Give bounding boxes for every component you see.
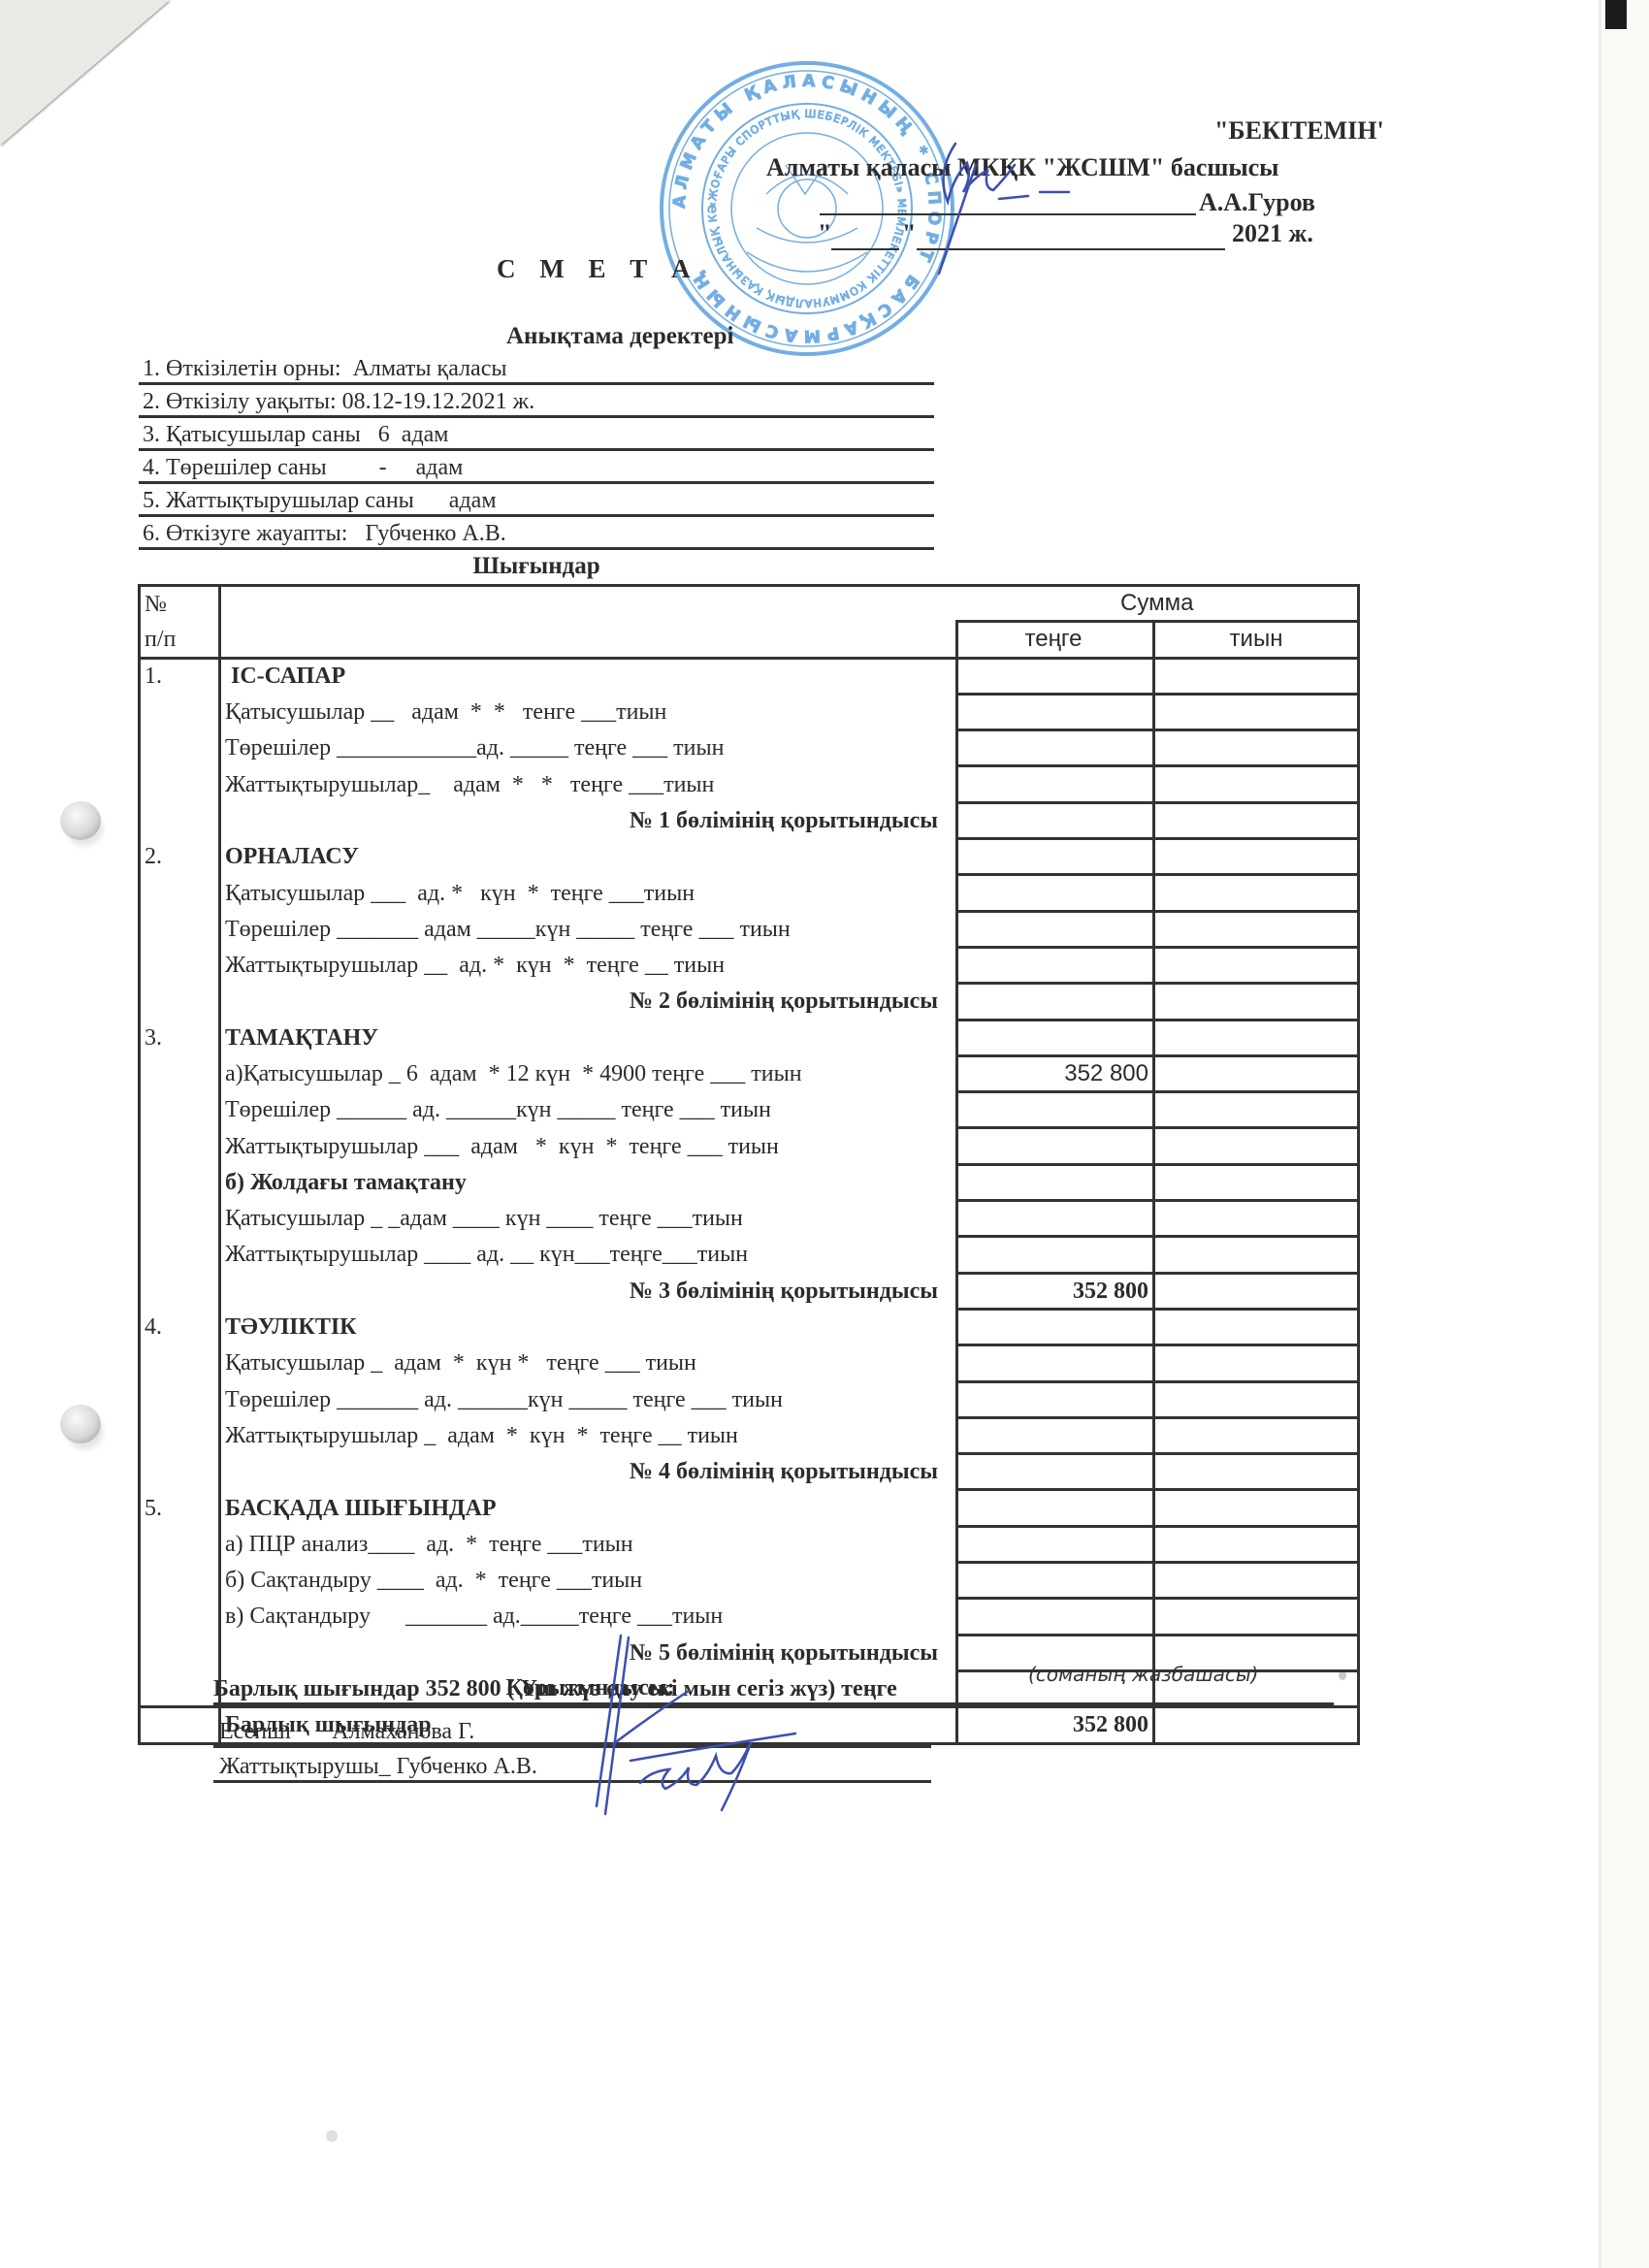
row-description: Қатысушылар __ адам * * тенге ___тиын [220, 694, 957, 729]
amount-tenge [957, 1128, 1154, 1164]
col-desc-subheader [220, 622, 957, 658]
section-title: ТАМАҚТАНУ [220, 1020, 957, 1055]
amount-tenge [957, 802, 1154, 838]
approval-title: "БЕКІТЕМІН' [1214, 116, 1384, 146]
reference-item: 4. Төрешілер саны - адам [139, 451, 934, 484]
row-number: 5. [140, 1490, 220, 1526]
page-corner-fold [0, 0, 170, 146]
svg-text:АЛМАТЫ ҚАЛАСЫНЫҢ * СПОРТ БАСҚА: АЛМАТЫ ҚАЛАСЫНЫҢ * СПОРТ БАСҚАРМАСЫНЫҢ [670, 72, 945, 345]
reference-item: 3. Қатысушылар саны 6 адам [139, 418, 934, 451]
amount-tiyn [1154, 1526, 1359, 1562]
amount-tiyn [1154, 730, 1359, 766]
section-subtotal-label: № 3 бөлімінің қорытындысы [220, 1273, 957, 1309]
row-description: Жаттықтырушылар ___ адам * күн * теңге _… [220, 1128, 957, 1164]
amount-tenge [957, 658, 1154, 694]
row-description: Жаттықтырушылар_ адам * * теңге ___тиын [220, 766, 957, 802]
table-row: Жаттықтырушылар __ ад. * күн * теңге __ … [140, 947, 1359, 983]
amount-tenge [957, 1201, 1154, 1237]
amount-tenge [957, 1309, 1154, 1345]
row-number [140, 1417, 220, 1453]
section-title: БАСҚАДА ШЫҒЫНДАР [220, 1490, 957, 1526]
scan-speck [326, 2130, 338, 2142]
section-title: ІС-САПАР [220, 658, 957, 694]
amount-tenge [957, 1020, 1154, 1055]
coach-signature-line: Жаттықтырушы_ Губченко А.В. [213, 1750, 931, 1783]
amount-tiyn [1154, 1092, 1359, 1128]
row-number [140, 1128, 220, 1164]
reference-item: 1. Өткізілетін орны: Алматы қаласы [139, 352, 934, 385]
row-number [140, 1055, 220, 1091]
approver-signature-line [820, 213, 1196, 215]
row-number [140, 1563, 220, 1599]
amount-tiyn [1154, 1020, 1359, 1055]
amount-tiyn [1154, 1273, 1359, 1309]
section-title: ОРНАЛАСУ [220, 839, 957, 875]
amount-tenge [957, 839, 1154, 875]
amount-tiyn [1154, 1563, 1359, 1599]
punch-hole [60, 801, 101, 840]
table-subheader-row: п/п теңге тиын [140, 622, 1359, 658]
row-number [140, 1092, 220, 1128]
table-row: Қатысушылар ___ ад. * күн * теңге ___тиы… [140, 875, 1359, 911]
row-number [140, 1599, 220, 1635]
table-row: Қатысушылар __ адам * * тенге ___тиын [140, 694, 1359, 729]
row-number [140, 1237, 220, 1273]
row-number: 3. [140, 1020, 220, 1055]
row-description: Төрешілер _______ адам _____күн _____ те… [220, 911, 957, 947]
row-number: 2. [140, 839, 220, 875]
amount-tenge [957, 875, 1154, 911]
expenses-table: № Сумма п/п теңге тиын 1. ІС-САПАРҚатысу… [138, 584, 1360, 1745]
table-row: Төрешілер _______ адам _____күн _____ те… [140, 911, 1359, 947]
reference-item: 5. Жаттықтырушылар саны адам [139, 484, 934, 517]
amount-tenge [957, 1417, 1154, 1453]
section-title: б) Жолдағы тамақтану [220, 1164, 957, 1200]
table-row: № 2 бөлімінің қорытындысы [140, 984, 1359, 1020]
row-number [140, 1526, 220, 1562]
amount-tiyn [1154, 875, 1359, 911]
amount-tiyn [1154, 984, 1359, 1020]
amount-tenge [957, 984, 1154, 1020]
amount-tiyn [1154, 1381, 1359, 1417]
row-description: а)Қатысушылар _ 6 адам * 12 күн * 4900 т… [220, 1055, 957, 1091]
table-row: Жаттықтырушылар_ адам * * теңге ___тиын [140, 766, 1359, 802]
amount-tiyn [1154, 1055, 1359, 1091]
amount-tenge [957, 1526, 1154, 1562]
section-title: ТӘУЛІКТІК [220, 1309, 957, 1345]
table-row: 5.БАСҚАДА ШЫҒЫНДАР [140, 1490, 1359, 1526]
col-desc-header [220, 586, 957, 622]
amount-tiyn [1154, 1454, 1359, 1490]
row-number [140, 1164, 220, 1200]
section-subtotal-label: № 4 бөлімінің қорытындысы [220, 1454, 957, 1490]
date-quote-open: " [818, 219, 831, 248]
row-description: Төрешілер ____________ад. _____ теңге __… [220, 730, 957, 766]
accountant-signature-line: Есепші Алмаханова Г. [213, 1715, 931, 1748]
amount-tenge [957, 1381, 1154, 1417]
table-header-row: № Сумма [140, 586, 1359, 622]
amount-tiyn [1154, 802, 1359, 838]
row-number: 1. [140, 658, 220, 694]
row-number [140, 766, 220, 802]
date-quote-close: " [902, 219, 916, 248]
row-number [140, 1273, 220, 1309]
row-description: Жаттықтырушылар _ адам * күн * теңге __ … [220, 1417, 957, 1453]
amount-tenge [957, 730, 1154, 766]
table-row: 4.ТӘУЛІКТІК [140, 1309, 1359, 1345]
table-row: б) Сақтандыру ____ ад. * теңге ___тиын [140, 1563, 1359, 1599]
amount-tiyn [1154, 1201, 1359, 1237]
row-number: 4. [140, 1309, 220, 1345]
amount-tiyn [1154, 658, 1359, 694]
amount-tiyn [1154, 1309, 1359, 1345]
row-number [140, 984, 220, 1020]
amount-tenge [957, 947, 1154, 983]
col-sum-header: Сумма [957, 586, 1359, 622]
amount-tiyn [1154, 839, 1359, 875]
amount-tenge [957, 1345, 1154, 1381]
row-number [140, 1201, 220, 1237]
expenses-heading: Шығындар [139, 553, 934, 580]
scan-margin [1601, 0, 1649, 2268]
amount-tiyn [1154, 1490, 1359, 1526]
amount-tiyn [1154, 694, 1359, 729]
total-in-words: Барлық шығындар 352 800 ( Үш жүз елу екі… [213, 1672, 1334, 1705]
table-row: 2.ОРНАЛАСУ [140, 839, 1359, 875]
reference-item: 2. Өткізілу уақыты: 08.12-19.12.2021 ж. [139, 385, 934, 418]
amount-tenge [957, 1454, 1154, 1490]
approval-year: 2021 ж. [1232, 219, 1313, 248]
row-number [140, 875, 220, 911]
table-row: Жаттықтырушылар _ адам * күн * теңге __ … [140, 1417, 1359, 1453]
row-description: Қатысушылар _ _адам ____ күн ____ теңге … [220, 1201, 957, 1237]
row-description: Жаттықтырушылар ____ ад. __ күн___теңге_… [220, 1237, 957, 1273]
amount-tiyn [1154, 947, 1359, 983]
row-description: Жаттықтырушылар __ ад. * күн * теңге __ … [220, 947, 957, 983]
page-edge [1599, 0, 1601, 2268]
table-row: № 3 бөлімінің қорытындысы352 800 [140, 1273, 1359, 1309]
table-row: Төрешілер _______ ад. ______күн _____ те… [140, 1381, 1359, 1417]
table-row: Төрешілер ____________ад. _____ теңге __… [140, 730, 1359, 766]
table-row: Төрешілер ______ ад. ______күн _____ тең… [140, 1092, 1359, 1128]
amount-tenge [957, 1563, 1154, 1599]
punch-hole [60, 1405, 101, 1443]
amount-tenge: 352 800 [957, 1273, 1154, 1309]
col-tenge-header: теңге [957, 622, 1154, 658]
row-number [140, 730, 220, 766]
reference-item: 6. Өткізуге жауапты: Губченко А.В. [139, 517, 934, 550]
row-number [140, 1381, 220, 1417]
table-row: Қатысушылар _ адам * күн * теңге ___ тиы… [140, 1345, 1359, 1381]
scan-artifact [1605, 0, 1627, 29]
row-number [140, 947, 220, 983]
row-description: Қатысушылар ___ ад. * күн * теңге ___тиы… [220, 875, 957, 911]
amount-tenge [957, 1164, 1154, 1200]
amount-tenge: 352 800 [957, 1055, 1154, 1091]
amount-tenge [957, 1237, 1154, 1273]
table-row: 3.ТАМАҚТАНУ [140, 1020, 1359, 1055]
table-row: 1. ІС-САПАР [140, 658, 1359, 694]
col-num-subheader: п/п [140, 622, 220, 658]
row-description: Төрешілер ______ ад. ______күн _____ тең… [220, 1092, 957, 1128]
grand-total-tenge: 352 800 [957, 1707, 1154, 1743]
row-number [140, 1635, 220, 1670]
row-description: а) ПЦР анализ____ ад. * теңге ___тиын [220, 1526, 957, 1562]
row-number [140, 1345, 220, 1381]
amount-tiyn [1154, 1417, 1359, 1453]
document-title: С М Е Т А [497, 254, 699, 284]
approver-name: А.А.Гуров [1199, 188, 1315, 217]
amount-tiyn [1154, 1164, 1359, 1200]
amount-tiyn [1154, 1599, 1359, 1635]
amount-tenge [957, 1599, 1154, 1635]
row-number [140, 911, 220, 947]
table-row: в) Сақтандыру _______ ад._____теңге ___т… [140, 1599, 1359, 1635]
row-number [140, 1454, 220, 1490]
amount-tenge [957, 1092, 1154, 1128]
table-row: № 1 бөлімінің қорытындысы [140, 802, 1359, 838]
amount-tiyn [1154, 766, 1359, 802]
col-num-header: № [140, 586, 220, 622]
date-month-line [917, 248, 1225, 250]
amount-tiyn [1154, 1345, 1359, 1381]
table-row: Жаттықтырушылар ___ адам * күн * теңге _… [140, 1128, 1359, 1164]
row-description: Қатысушылар _ адам * күн * теңге ___ тиы… [220, 1345, 957, 1381]
row-number [140, 802, 220, 838]
section-subtotal-label: № 1 бөлімінің қорытындысы [220, 802, 957, 838]
row-number [140, 1670, 220, 1706]
section-subtotal-label: № 2 бөлімінің қорытындысы [220, 984, 957, 1020]
reference-heading: Анықтама деректері [506, 323, 733, 350]
section-subtotal-label: № 5 бөлімінің қорытындысы [220, 1635, 957, 1670]
amount-tiyn [1154, 1237, 1359, 1273]
approver-position: Алматы қаласы МКҚК "ЖСШМ" басшысы [766, 153, 1278, 182]
col-tiyn-header: тиын [1154, 622, 1359, 658]
amount-tiyn [1154, 911, 1359, 947]
row-description: Төрешілер _______ ад. ______күн _____ те… [220, 1381, 957, 1417]
row-number [140, 694, 220, 729]
grand-total-tiyn [1154, 1707, 1359, 1743]
amount-tenge [957, 694, 1154, 729]
date-day-line [831, 248, 899, 250]
table-row: а)Қатысушылар _ 6 адам * 12 күн * 4900 т… [140, 1055, 1359, 1091]
row-description: б) Сақтандыру ____ ад. * теңге ___тиын [220, 1563, 957, 1599]
row-description: в) Сақтандыру _______ ад._____теңге ___т… [220, 1599, 957, 1635]
table-row: а) ПЦР анализ____ ад. * теңге ___тиын [140, 1526, 1359, 1562]
amount-tiyn [1154, 1128, 1359, 1164]
amount-tenge [957, 766, 1154, 802]
table-row: Қатысушылар _ _адам ____ күн ____ теңге … [140, 1201, 1359, 1237]
amount-tenge [957, 1490, 1154, 1526]
table-row: б) Жолдағы тамақтану [140, 1164, 1359, 1200]
table-row: № 4 бөлімінің қорытындысы [140, 1454, 1359, 1490]
table-row: Жаттықтырушылар ____ ад. __ күн___теңге_… [140, 1237, 1359, 1273]
amount-tenge [957, 911, 1154, 947]
row-number [140, 1707, 220, 1743]
